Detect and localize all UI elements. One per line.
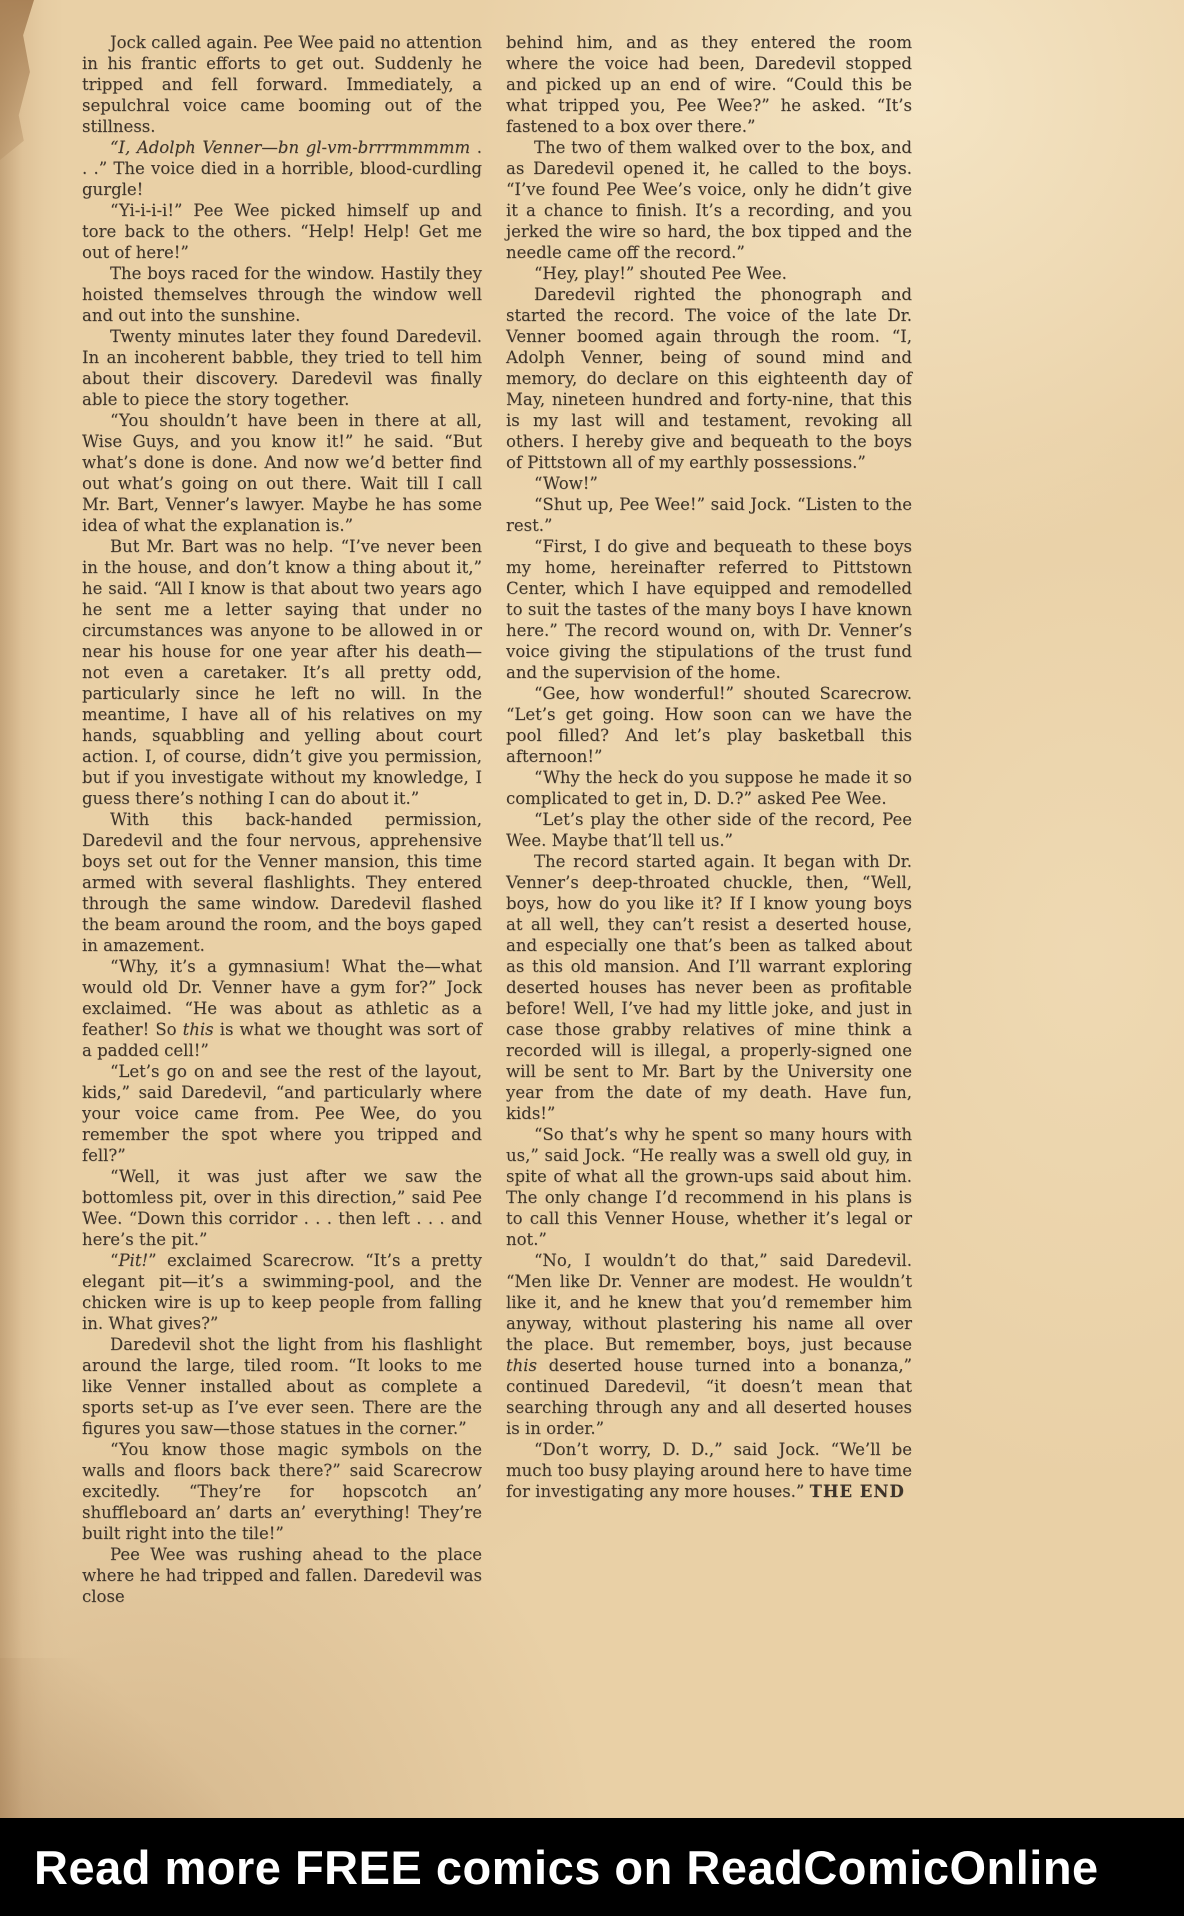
paragraph: “Gee, how wonderful!” shouted Scarecrow.…: [506, 683, 912, 767]
paragraph: “Hey, play!” shouted Pee Wee.: [506, 263, 912, 284]
paragraph: The boys raced for the window. Hastily t…: [82, 263, 482, 326]
paragraph: “No, I wouldn’t do that,” said Daredevil…: [506, 1250, 912, 1439]
paragraph: behind him, and as they entered the room…: [506, 32, 912, 137]
story-text: Jock called again. Pee Wee paid no atten…: [82, 32, 912, 1607]
paragraph: “Well, it was just after we saw the bott…: [82, 1166, 482, 1250]
paragraph: With this back-handed permission, Darede…: [82, 809, 482, 956]
paragraph: Daredevil righted the phonograph and sta…: [506, 284, 912, 473]
paragraph: “So that’s why he spent so many hours wi…: [506, 1124, 912, 1250]
paragraph: “Yi-i-i-i!” Pee Wee picked himself up an…: [82, 200, 482, 263]
paragraph: “You know those magic symbols on the wal…: [82, 1439, 482, 1544]
paragraph: “Let’s play the other side of the record…: [506, 809, 912, 851]
story-right-column: behind him, and as they entered the room…: [506, 32, 912, 1607]
paragraph: Pee Wee was rushing ahead to the place w…: [82, 1544, 482, 1607]
paragraph: “Pit!” exclaimed Scarecrow. “It’s a pret…: [82, 1250, 482, 1334]
promo-banner[interactable]: Read more FREE comics on ReadComicOnline: [0, 1818, 1184, 1916]
paragraph: But Mr. Bart was no help. “I’ve never be…: [82, 536, 482, 809]
paragraph: “Why, it’s a gymnasium! What the—what wo…: [82, 956, 482, 1061]
story-left-column: Jock called again. Pee Wee paid no atten…: [82, 32, 482, 1607]
paragraph: “Wow!”: [506, 473, 912, 494]
paper-shadow-bottom-left: [0, 1658, 220, 1818]
torn-paper-edge: [0, 0, 64, 1818]
paragraph: “I, Adolph Venner—bn gl-vm-brrrmmmmm . .…: [82, 137, 482, 200]
comic-page-scan: Jock called again. Pee Wee paid no atten…: [0, 0, 1184, 1916]
paragraph: “Let’s go on and see the rest of the lay…: [82, 1061, 482, 1166]
paragraph: “Shut up, Pee Wee!” said Jock. “Listen t…: [506, 494, 912, 536]
paragraph: “Why the heck do you suppose he made it …: [506, 767, 912, 809]
promo-banner-text: Read more FREE comics on ReadComicOnline: [34, 1840, 1099, 1895]
paragraph: The record started again. It began with …: [506, 851, 912, 1124]
paragraph: Twenty minutes later they found Daredevi…: [82, 326, 482, 410]
paragraph: “You shouldn’t have been in there at all…: [82, 410, 482, 536]
paragraph: “Don’t worry, D. D.,” said Jock. “We’ll …: [506, 1439, 912, 1502]
paragraph: Daredevil shot the light from his flashl…: [82, 1334, 482, 1439]
paragraph: Jock called again. Pee Wee paid no atten…: [82, 32, 482, 137]
paragraph: “First, I do give and bequeath to these …: [506, 536, 912, 683]
paragraph: The two of them walked over to the box, …: [506, 137, 912, 263]
